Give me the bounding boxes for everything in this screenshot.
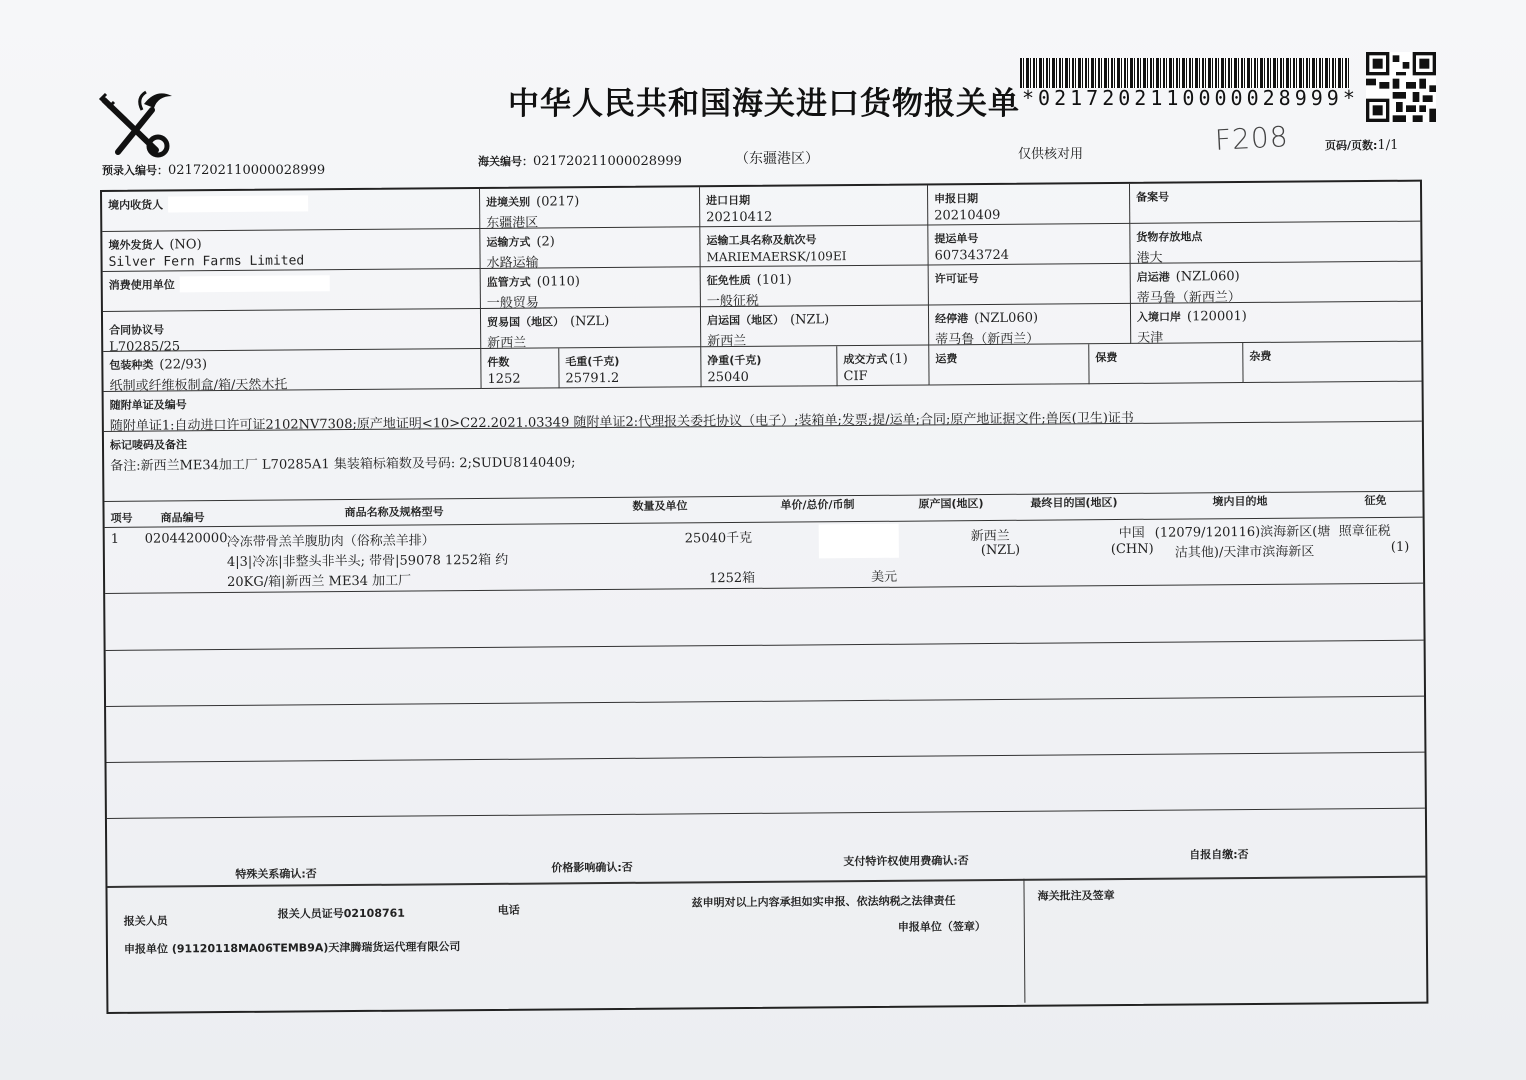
customs-approval: 海关批注及签章 xyxy=(1037,884,1114,904)
field-record-no: 备案号 xyxy=(1130,182,1420,224)
price-influence-text: 价格影响确认:否 xyxy=(551,861,633,875)
customs-no-label: 海关编号： xyxy=(478,155,533,168)
signature-divider xyxy=(1023,879,1025,1003)
self-report-text: 自报自缴:否 xyxy=(1189,848,1249,861)
col-quantity: 数量及单位 xyxy=(632,497,687,513)
transport-mode-label: 运输方式 xyxy=(486,234,530,250)
import-date-label: 进口日期 xyxy=(706,192,750,208)
unit-seal-text: 申报单位（签章） xyxy=(898,920,986,934)
departure-country-value: 新西兰 xyxy=(707,329,922,348)
phone: 电话 xyxy=(498,899,520,918)
col-hs-code: 商品编号 xyxy=(161,509,205,525)
field-levy-nature: 征免性质(101) 一般征税 xyxy=(701,265,929,307)
trade-country-code: (NZL) xyxy=(570,314,609,329)
overseas-consignor-label: 境外发货人 xyxy=(108,237,163,253)
row-divider xyxy=(106,696,1424,707)
for-verification-note: 仅供核对用 xyxy=(1018,143,1083,162)
declaring-unit-text: 申报单位 (91120118MA06TEMB9A)天津腾瑞货运代理有限公司 xyxy=(124,940,460,956)
levy-nature-code: (101) xyxy=(757,273,792,288)
field-transit-port: 经停港(NZL060) 蒂马鲁（新西兰） xyxy=(929,304,1131,346)
field-vessel-voyage: 运输工具名称及航次号 MARIEMAERSK/109EI xyxy=(700,225,928,267)
domestic-destination-line2: 沽其他)/天津市滨海新区 xyxy=(1175,540,1315,560)
overseas-consignor-value: Silver Fern Farms Limited xyxy=(109,252,474,270)
transaction-mode-value: CIF xyxy=(843,369,922,385)
pre-entry-value: 0217202110000028999 xyxy=(168,163,325,178)
field-trade-country: 贸易国（地区）(NZL) 新西兰 xyxy=(481,307,701,349)
field-bill-of-lading: 提运单号 607343724 xyxy=(928,224,1130,266)
col-price: 单价/总价/币制 xyxy=(780,496,854,513)
page-label: 页码/页数: xyxy=(1325,139,1377,152)
unit-seal: 申报单位（签章） xyxy=(898,915,986,935)
storage-place-label: 货物存放地点 xyxy=(1136,228,1202,245)
net-weight-label: 净重(千克) xyxy=(707,352,761,368)
license-no-label: 许可证号 xyxy=(935,270,979,286)
transport-mode-code: (2) xyxy=(536,234,555,249)
field-declare-date: 申报日期 20210409 xyxy=(928,184,1130,226)
import-date-value: 20210412 xyxy=(706,209,921,226)
entry-customs-label: 进境关别 xyxy=(486,194,530,210)
redacted-price xyxy=(819,524,899,559)
final-destination: 中国 xyxy=(1119,522,1145,541)
barcode xyxy=(1020,58,1350,88)
origin-code: (NZL) xyxy=(981,543,1020,558)
customs-no-value: 021720211000028999 xyxy=(533,154,682,169)
vessel-voyage-value: MARIEMAERSK/109EI xyxy=(706,249,921,265)
field-freight: 运费 xyxy=(929,344,1089,385)
currency: 美元 xyxy=(871,566,897,585)
declaration-form: 境内收货人 进境关别(0217) 东疆港区 进口日期 20210412 申报日期… xyxy=(100,180,1428,1014)
consignee-label: 境内收货人 xyxy=(108,197,163,213)
page-value: 1/1 xyxy=(1377,138,1398,153)
declarant: 报关人员 xyxy=(124,909,168,928)
row-divider xyxy=(106,752,1424,763)
bill-of-lading-value: 607343724 xyxy=(934,247,1123,263)
col-levy: 征免 xyxy=(1364,492,1386,508)
departure-port-code: (NZL060) xyxy=(1176,269,1240,285)
field-departure-port: 启运港(NZL060) 蒂马鲁（新西兰） xyxy=(1131,262,1421,304)
goods-name-line3: 20KG/箱|新西兰 ME34 加工厂 xyxy=(227,570,411,590)
col-item-no: 项号 xyxy=(111,510,133,526)
departure-country-label: 启运国（地区） xyxy=(707,312,784,329)
item-no: 1 xyxy=(111,532,119,547)
declarant-cert-text: 报关人员证号02108761 xyxy=(278,907,405,921)
declarant-label: 报关人员 xyxy=(124,914,168,927)
field-insurance: 保费 xyxy=(1089,343,1243,384)
transport-mode-value: 水路运输 xyxy=(486,250,693,269)
field-supervision-mode: 监管方式(0110) 一般贸易 xyxy=(481,267,701,309)
levy-nature-label: 征免性质 xyxy=(707,272,751,288)
levy-nature-value: 一般征税 xyxy=(707,289,922,308)
transit-port-code: (NZL060) xyxy=(974,311,1038,327)
legal-statement: 兹申明对以上内容承担如实申报、依法纳税之法律责任 xyxy=(692,889,956,910)
final-destination-code: (CHN) xyxy=(1111,542,1154,557)
freight-label: 运费 xyxy=(935,350,957,366)
self-report-confirm: 自报自缴:否 xyxy=(1189,843,1249,862)
col-final-destination: 最终目的国(地区) xyxy=(1030,494,1117,511)
net-weight-value: 25040 xyxy=(707,369,830,385)
insurance-label: 保费 xyxy=(1095,349,1117,365)
entry-port-label: 入境口岸 xyxy=(1137,309,1181,325)
royalty-confirm: 支付特许权使用费确认:否 xyxy=(843,849,969,869)
pre-entry-label: 预录入编号： xyxy=(102,164,168,177)
contract-no-label: 合同协议号 xyxy=(109,322,164,338)
field-overseas-consignor: 境外发货人(NO) Silver Fern Farms Limited xyxy=(102,229,480,272)
pieces-label: 件数 xyxy=(487,354,509,370)
transit-port-label: 经停港 xyxy=(935,310,968,326)
entry-customs-value: 东疆港区 xyxy=(486,210,693,229)
customs-number: 海关编号：021720211000028999 xyxy=(478,153,682,169)
document-title: 中华人民共和国海关进口货物报关单 xyxy=(508,78,1020,123)
row-divider xyxy=(107,808,1425,819)
entry-customs-code: (0217) xyxy=(536,194,579,209)
goods-name-line2: 4|3|冷冻|非整头非半头; 带骨|59078 1252箱 约 xyxy=(227,549,508,570)
qr-code-icon xyxy=(1366,52,1436,122)
col-domestic-destination: 境内目的地 xyxy=(1212,493,1267,509)
barcode-text: *0217202110000028999* xyxy=(1022,86,1359,110)
customs-approval-text: 海关批注及签章 xyxy=(1038,889,1115,903)
field-contract-no: 合同协议号 L70285/25 xyxy=(103,309,481,352)
price-influence-confirm: 价格影响确认:否 xyxy=(551,856,633,876)
record-no-label: 备案号 xyxy=(1136,189,1169,205)
redacted-block xyxy=(180,275,330,292)
marks-remarks-label: 标记唛码及备注 xyxy=(110,436,187,453)
field-package-type: 包装种类(22/93) 纸制或纤维板制盒/箱/天然木托 xyxy=(103,349,481,392)
row-divider xyxy=(106,640,1424,651)
supervision-mode-label: 监管方式 xyxy=(487,274,531,290)
trade-country-label: 贸易国（地区） xyxy=(487,313,564,330)
legal-statement-text: 兹申明对以上内容承担如实申报、依法纳税之法律责任 xyxy=(692,894,956,909)
levy-method: 照章征税 xyxy=(1339,520,1391,539)
gross-weight-label: 毛重(千克) xyxy=(565,353,619,369)
package-type-label: 包装种类 xyxy=(109,357,153,373)
royalty-text: 支付特许权使用费确认:否 xyxy=(843,854,969,868)
page-count: 页码/页数:1/1 xyxy=(1325,137,1398,153)
origin-country: 新西兰 xyxy=(971,525,1010,544)
domestic-destination-line1: (12079/120116)滨海新区(塘 xyxy=(1155,520,1331,540)
departure-country-code: (NZL) xyxy=(790,312,829,327)
pieces-value: 1252 xyxy=(487,371,552,387)
goods-name-line1: 冷冻带骨羔羊腹肋肉（俗称羔羊排） xyxy=(227,529,435,550)
field-license-no: 许可证号 xyxy=(929,264,1131,306)
marks-remarks-value: 备注:新西兰ME34加工厂 L70285A1 集装箱标箱数及号码: 2;SUDU… xyxy=(110,445,1416,474)
entry-port-code: (120001) xyxy=(1187,309,1247,324)
special-relation-confirm: 特殊关系确认:否 xyxy=(235,862,317,882)
handwritten-note: F208 xyxy=(1214,120,1289,157)
field-gross-weight: 毛重(千克) 25791.2 xyxy=(559,347,701,388)
customs-declaration-page: 中华人民共和国海关进口货物报关单 *0217202110000028999* F… xyxy=(0,0,1526,1080)
phone-label: 电话 xyxy=(498,904,520,917)
hs-code: 0204420000 xyxy=(145,531,228,547)
gross-weight-value: 25791.2 xyxy=(565,370,694,386)
field-entry-customs: 进境关别(0217) 东疆港区 xyxy=(480,187,700,229)
departure-port-label: 启运港 xyxy=(1137,269,1170,285)
field-consignee: 境内收货人 xyxy=(102,189,480,232)
package-type-code: (22/93) xyxy=(159,357,207,372)
misc-fee-label: 杂费 xyxy=(1249,348,1271,364)
customs-emblem-icon xyxy=(96,82,176,162)
field-consumer-unit: 消费使用单位 xyxy=(103,269,481,312)
field-import-date: 进口日期 20210412 xyxy=(700,185,928,227)
field-pieces: 件数 1252 xyxy=(481,348,559,389)
trade-country-value: 新西兰 xyxy=(487,330,694,349)
supervision-mode-code: (0110) xyxy=(537,274,580,289)
quantity-boxes: 1252箱 xyxy=(709,567,755,586)
col-goods-name: 商品名称及规格型号 xyxy=(344,503,443,520)
field-misc-fee: 杂费 xyxy=(1243,342,1421,383)
declaring-unit: 申报单位 (91120118MA06TEMB9A)天津腾瑞货运代理有限公司 xyxy=(124,935,461,957)
bill-of-lading-label: 提运单号 xyxy=(934,230,978,246)
declarant-cert: 报关人员证号02108761 xyxy=(278,902,405,922)
quantity-weight: 25040千克 xyxy=(685,527,753,547)
declare-date-label: 申报日期 xyxy=(934,190,978,206)
field-net-weight: 净重(千克) 25040 xyxy=(701,346,837,387)
transit-port-value: 蒂马鲁（新西兰） xyxy=(935,327,1124,346)
levy-code: (1) xyxy=(1391,540,1410,555)
field-departure-country: 启运国（地区）(NZL) 新西兰 xyxy=(701,305,929,347)
attached-docs-label: 随附单证及编号 xyxy=(110,396,187,413)
declare-date-value: 20210409 xyxy=(934,207,1123,223)
supervision-mode-value: 一般贸易 xyxy=(487,290,694,309)
overseas-consignor-code: (NO) xyxy=(169,237,201,252)
pre-entry-number: 预录入编号：0217202110000028999 xyxy=(102,162,325,178)
consumer-unit-label: 消费使用单位 xyxy=(109,276,175,293)
transaction-mode-code: (1) xyxy=(889,352,908,367)
table-row: 1 0204420000 冷冻带骨羔羊腹肋肉（俗称羔羊排） 4|3|冷冻|非整头… xyxy=(105,518,1423,594)
special-relation-text: 特殊关系确认:否 xyxy=(235,867,317,881)
field-transport-mode: 运输方式(2) 水路运输 xyxy=(480,227,700,269)
vessel-voyage-label: 运输工具名称及航次号 xyxy=(706,231,816,248)
field-transaction-mode: 成交方式(1) CIF xyxy=(837,345,929,386)
col-origin: 原产国(地区) xyxy=(918,495,983,512)
field-storage-place: 货物存放地点 港大 xyxy=(1130,222,1420,264)
transaction-mode-label: 成交方式 xyxy=(843,351,887,367)
field-marks-remarks: 标记唛码及备注 备注:新西兰ME34加工厂 L70285A1 集装箱标箱数及号码… xyxy=(104,422,1423,502)
redacted-block xyxy=(168,195,308,212)
field-entry-port: 入境口岸(120001) 天津 xyxy=(1131,302,1421,344)
customs-district: （东疆港区） xyxy=(735,148,819,168)
